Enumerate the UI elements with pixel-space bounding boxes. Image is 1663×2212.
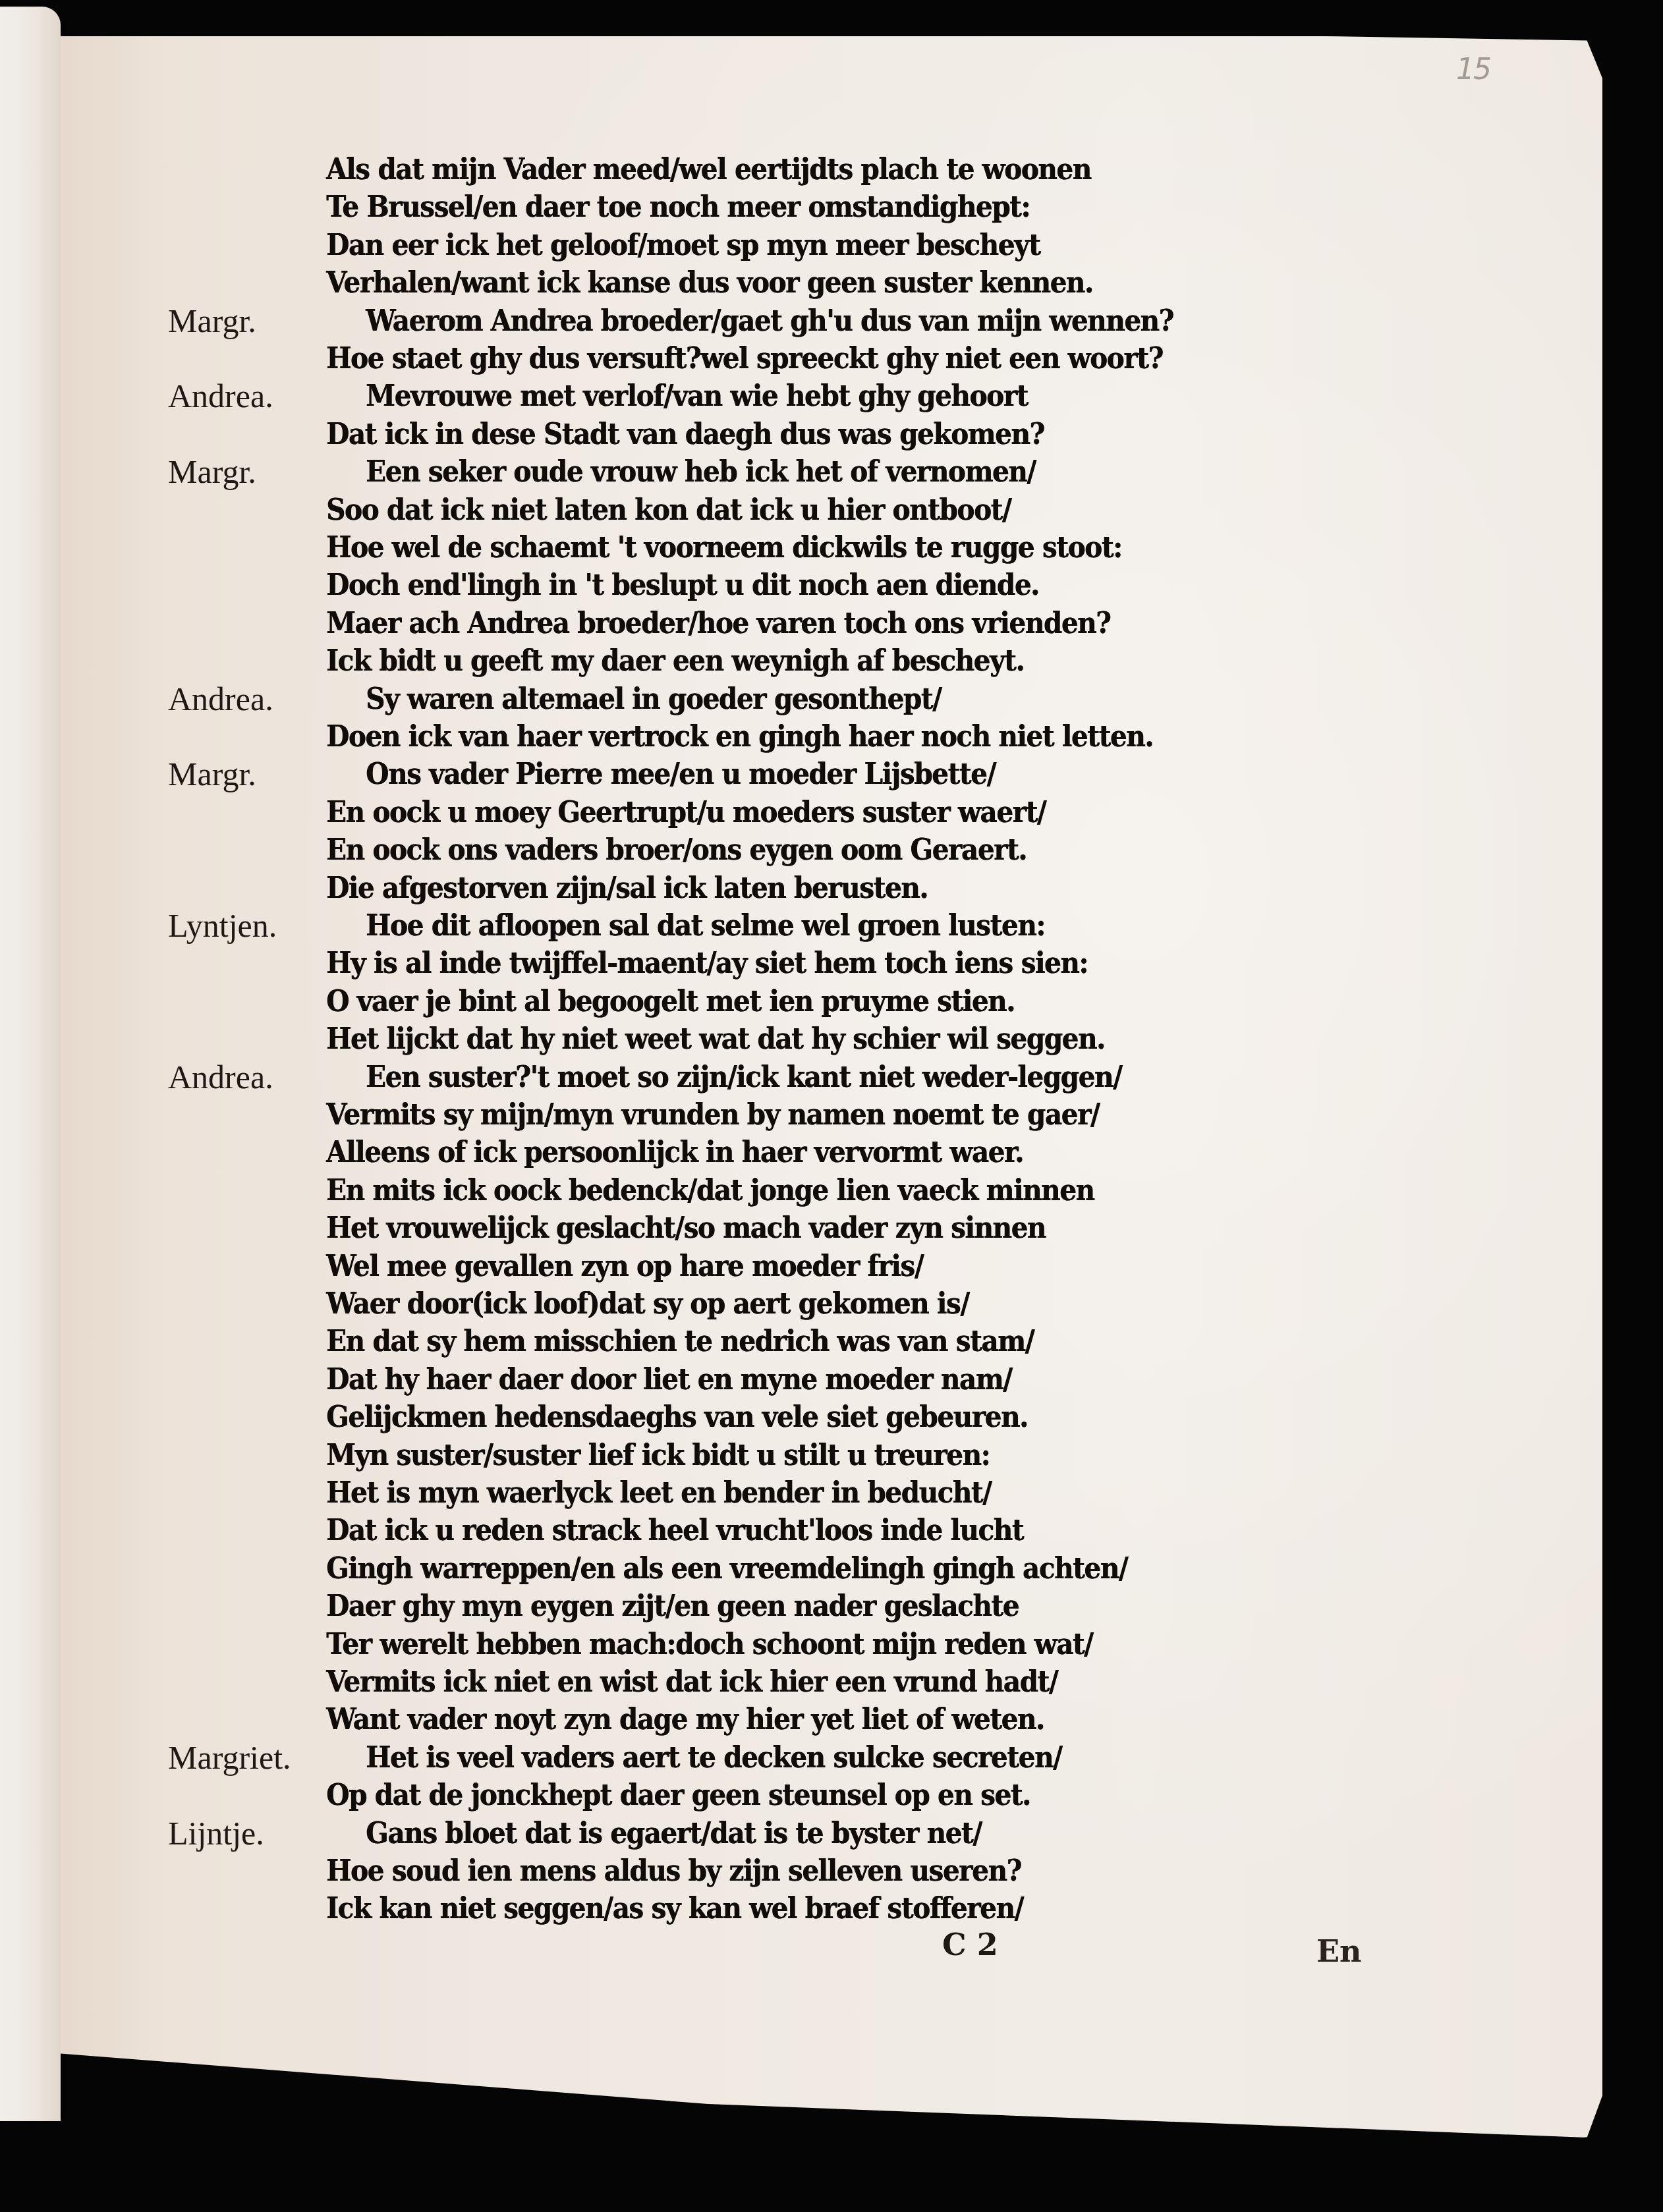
verse-line: Het is veel vaders aert te decken sulcke… — [366, 1741, 1061, 1775]
speaker-label: Lyntjen. — [168, 906, 277, 945]
verse-line: Gingh warreppen/en als een vreemdelingh … — [326, 1552, 1127, 1586]
speaker-label: Lijntje. — [168, 1814, 264, 1852]
verse-line: En oock ons vaders broer/ons eygen oom G… — [326, 833, 1027, 867]
verse-line: Doch end'lingh in 't beslupt u dit noch … — [326, 568, 1039, 602]
speaker-label: Andrea. — [168, 377, 273, 415]
verse-line: Waer door(ick loof)dat sy op aert gekome… — [326, 1287, 969, 1321]
verse-line: Waerom Andrea broeder/gaet gh'u dus van … — [366, 304, 1173, 338]
speaker-label: Margr. — [168, 453, 256, 491]
previous-page-edge — [0, 7, 61, 2121]
speaker-label: Andrea. — [168, 1058, 273, 1096]
verse-line: Soo dat ick niet laten kon dat ick u hie… — [326, 493, 1011, 527]
verse-line: Ter werelt hebben mach:doch schoont mijn… — [326, 1628, 1092, 1661]
verse-line: Dat hy haer daer door liet en myne moede… — [326, 1363, 1012, 1396]
verse-line: Het is myn waerlyck leet en bender in be… — [326, 1476, 991, 1510]
verse-line: O vaer je bint al begoogelt met ien pruy… — [326, 985, 1015, 1018]
verse-line: Hoe staet ghy dus versuft?wel spreeckt g… — [326, 342, 1163, 375]
verse-line: Daer ghy myn eygen zijt/en geen nader ge… — [326, 1590, 1019, 1623]
verse-line: En oock u moey Geertrupt/u moeders suste… — [326, 796, 1046, 829]
speaker-label: Andrea. — [168, 680, 273, 718]
verse-line: Ons vader Pierre mee/en u moeder Lijsbet… — [366, 758, 996, 791]
verse-line: Dan eer ick het geloof/moet sp myn meer … — [326, 229, 1040, 262]
verse-line: Een suster?'t moet so zijn/ick kant niet… — [366, 1061, 1121, 1094]
speaker-label: Margriet. — [168, 1738, 291, 1777]
verse-line: Hoe dit afloopen sal dat selme wel groen… — [366, 909, 1045, 943]
verse-line: Te Brussel/en daer toe noch meer omstand… — [326, 190, 1030, 224]
verse-line: Mevrouwe met verlof/van wie hebt ghy geh… — [366, 379, 1028, 413]
verse-line: Een seker oude vrouw heb ick het of vern… — [366, 455, 1036, 489]
handwritten-folio-number: 15 — [1456, 53, 1490, 86]
verse-line: Myn suster/suster lief ick bidt u stilt … — [326, 1439, 990, 1472]
verse-line: Dat ick u reden strack heel vrucht'loos … — [326, 1514, 1023, 1547]
verse-line: Dat ick in dese Stadt van daegh dus was … — [326, 418, 1044, 451]
verse-line: Maer ach Andrea broeder/hoe varen toch o… — [326, 607, 1110, 640]
verse-line: Hy is al inde twijffel-maent/ay siet hem… — [326, 947, 1088, 980]
verse-line: Gans bloet dat is egaert/dat is te byste… — [366, 1817, 982, 1850]
verse-line: Verhalen/want ick kanse dus voor geen su… — [326, 266, 1093, 300]
verse-line: Als dat mijn Vader meed/wel eertijdts pl… — [326, 153, 1091, 186]
verse-line: Het vrouwelijck geslacht/so mach vader z… — [326, 1211, 1046, 1245]
verse-line: Die afgestorven zijn/sal ick laten berus… — [326, 871, 928, 905]
verse-line: Op dat de jonckhept daer geen steunsel o… — [326, 1779, 1030, 1812]
speaker-label: Margr. — [168, 302, 256, 340]
verse-line: Doen ick van haer vertrock en gingh haer… — [326, 720, 1153, 754]
verse-line: Vermits sy mijn/myn vrunden by namen noe… — [326, 1098, 1099, 1132]
catchword: En — [1316, 1933, 1362, 1969]
verse-line: En mits ick oock bedenck/dat jonge lien … — [326, 1174, 1094, 1207]
verse-line: Gelijckmen hedensdaeghs van vele siet ge… — [326, 1400, 1028, 1434]
signature-mark: C 2 — [942, 1927, 998, 1962]
verse-line: En dat sy hem misschien te nedrich was v… — [326, 1325, 1034, 1358]
verse-line: Alleens of ick persoonlijck in haer verv… — [326, 1136, 1023, 1169]
verse-line: Vermits ick niet en wist dat ick hier ee… — [326, 1665, 1057, 1699]
verse-line: Hoe wel de schaemt 't voorneem dickwils … — [326, 531, 1122, 565]
verse-line: Ick kan niet seggen/as sy kan wel braef … — [326, 1892, 1023, 1925]
verse-line: Wel mee gevallen zyn op hare moeder fris… — [326, 1250, 923, 1283]
verse-line: Het lijckt dat hy niet weet wat dat hy s… — [326, 1022, 1105, 1056]
speaker-label: Margr. — [168, 755, 256, 793]
verse-line: Ick bidt u geeft my daer een weynigh af … — [326, 644, 1024, 678]
verse-line: Hoe soud ien mens aldus by zijn selleven… — [326, 1854, 1021, 1888]
verse-line: Sy waren altemael in goeder gesonthept/ — [366, 682, 941, 716]
verse-line: Want vader noyt zyn dage my hier yet lie… — [326, 1703, 1044, 1736]
